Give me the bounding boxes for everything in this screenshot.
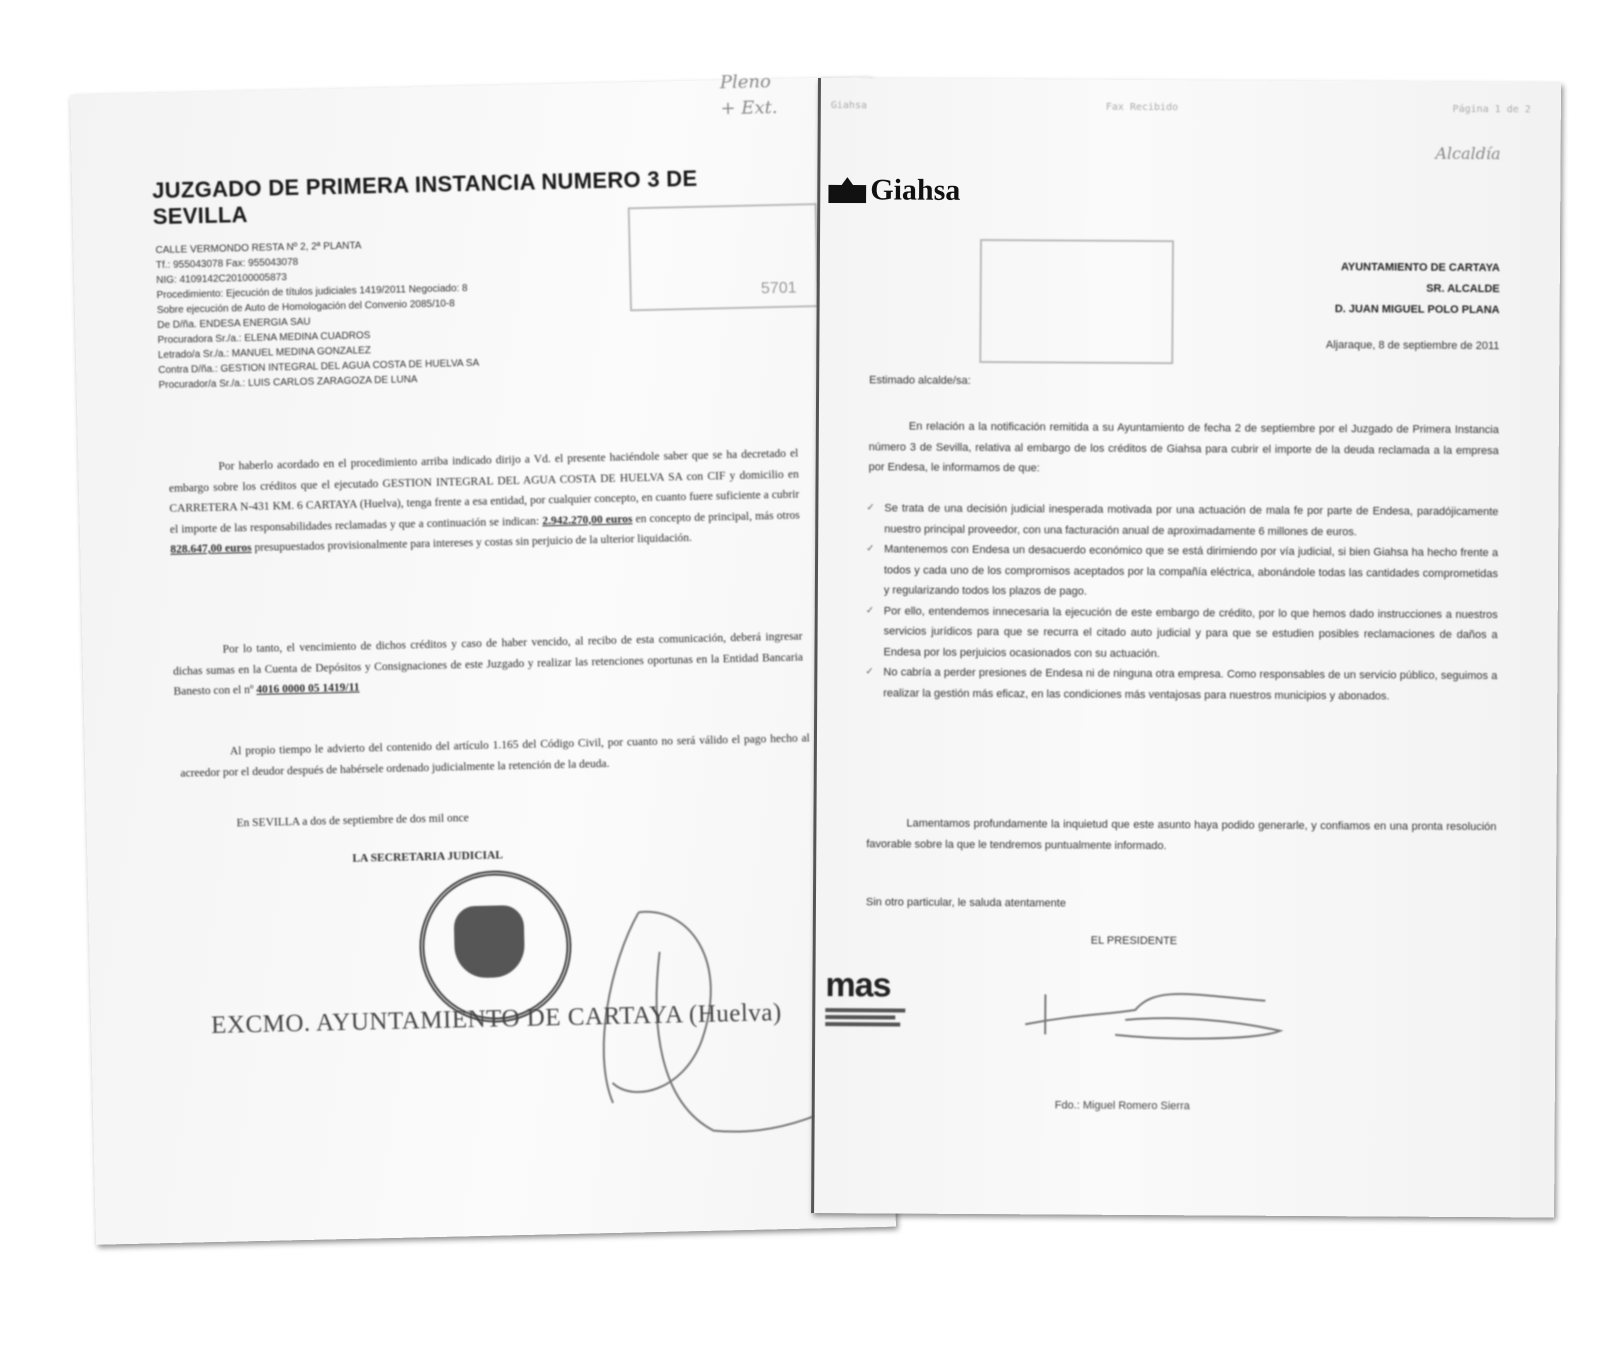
signatory-name: Fdo.: Miguel Romero Sierra (1055, 1099, 1190, 1112)
date-line: En SEVILLA a dos de septiembre de dos mi… (236, 808, 469, 834)
salutation: Estimado alcalde/sa: (869, 370, 1499, 394)
giahsa-letter-page: Giahsa Fax Recibido Página 1 de 2 Alcald… (811, 78, 1561, 1218)
president-signature-icon (1015, 974, 1295, 1056)
court-case-details: CALLE VERMONDO RESTA Nº 2, 2ª PLANTA Tf.… (155, 236, 479, 393)
civil-code-paragraph: Al propio tiempo le advierto del conteni… (180, 728, 811, 783)
court-notification-page: Pleno + Ext. JUZGADO DE PRIMERA INSTANCI… (70, 77, 896, 1245)
giahsa-logo-icon (828, 177, 866, 203)
deposit-paragraph: Por lo tanto, el vencimiento de dichos c… (172, 627, 803, 703)
signatory-title: LA SECRETARIA JUDICIAL (352, 845, 503, 869)
embargo-paragraph: Por haberlo acordado en el procedimiento… (168, 444, 800, 561)
handwritten-note: Alcaldía (1435, 144, 1500, 163)
giahsa-logo: Giahsa (828, 173, 960, 208)
letter-point: Se trata de una decisión judicial inespe… (878, 498, 1498, 543)
recipient-address: AYUNTAMIENTO DE CARTAYA SR. ALCALDE D. J… (1335, 257, 1500, 321)
registry-stamp (979, 239, 1174, 364)
letter-intro: En relación a la notificación remitida a… (869, 416, 1499, 481)
signatory-title: EL PRESIDENTE (1091, 935, 1177, 948)
court-seal-icon (418, 869, 573, 1024)
letter-point: Mantenemos con Endesa un desacuerdo econ… (878, 539, 1498, 604)
handwritten-note: Pleno + Ext. (720, 69, 778, 122)
farewell: Sin otro particular, le saluda atentamen… (866, 892, 1496, 916)
fax-header-sender: Giahsa (831, 100, 867, 111)
principal-amount: 2.942.270,00 euros (542, 513, 632, 527)
closing-paragraph: Lamentamos profundamente la inquietud qu… (866, 813, 1496, 858)
letter-points: Se trata de una decisión judicial inespe… (867, 498, 1498, 707)
fax-header-title: Fax Recibido (1106, 102, 1178, 113)
fax-header-page: Página 1 de 2 (1453, 104, 1531, 115)
registry-stamp: 5701 (628, 203, 819, 311)
mas-logo: mas (825, 966, 905, 1026)
interest-amount: 828.647,00 euros (170, 542, 252, 556)
letter-point: Por ello, entendemos innecesaria la ejec… (877, 601, 1497, 666)
letter-point: No cabría a perder presiones de Endesa n… (877, 662, 1497, 707)
bank-account: 4016 0000 05 1419/11 (256, 682, 359, 696)
letter-date: Aljaraque, 8 de septiembre de 2011 (1326, 339, 1500, 352)
